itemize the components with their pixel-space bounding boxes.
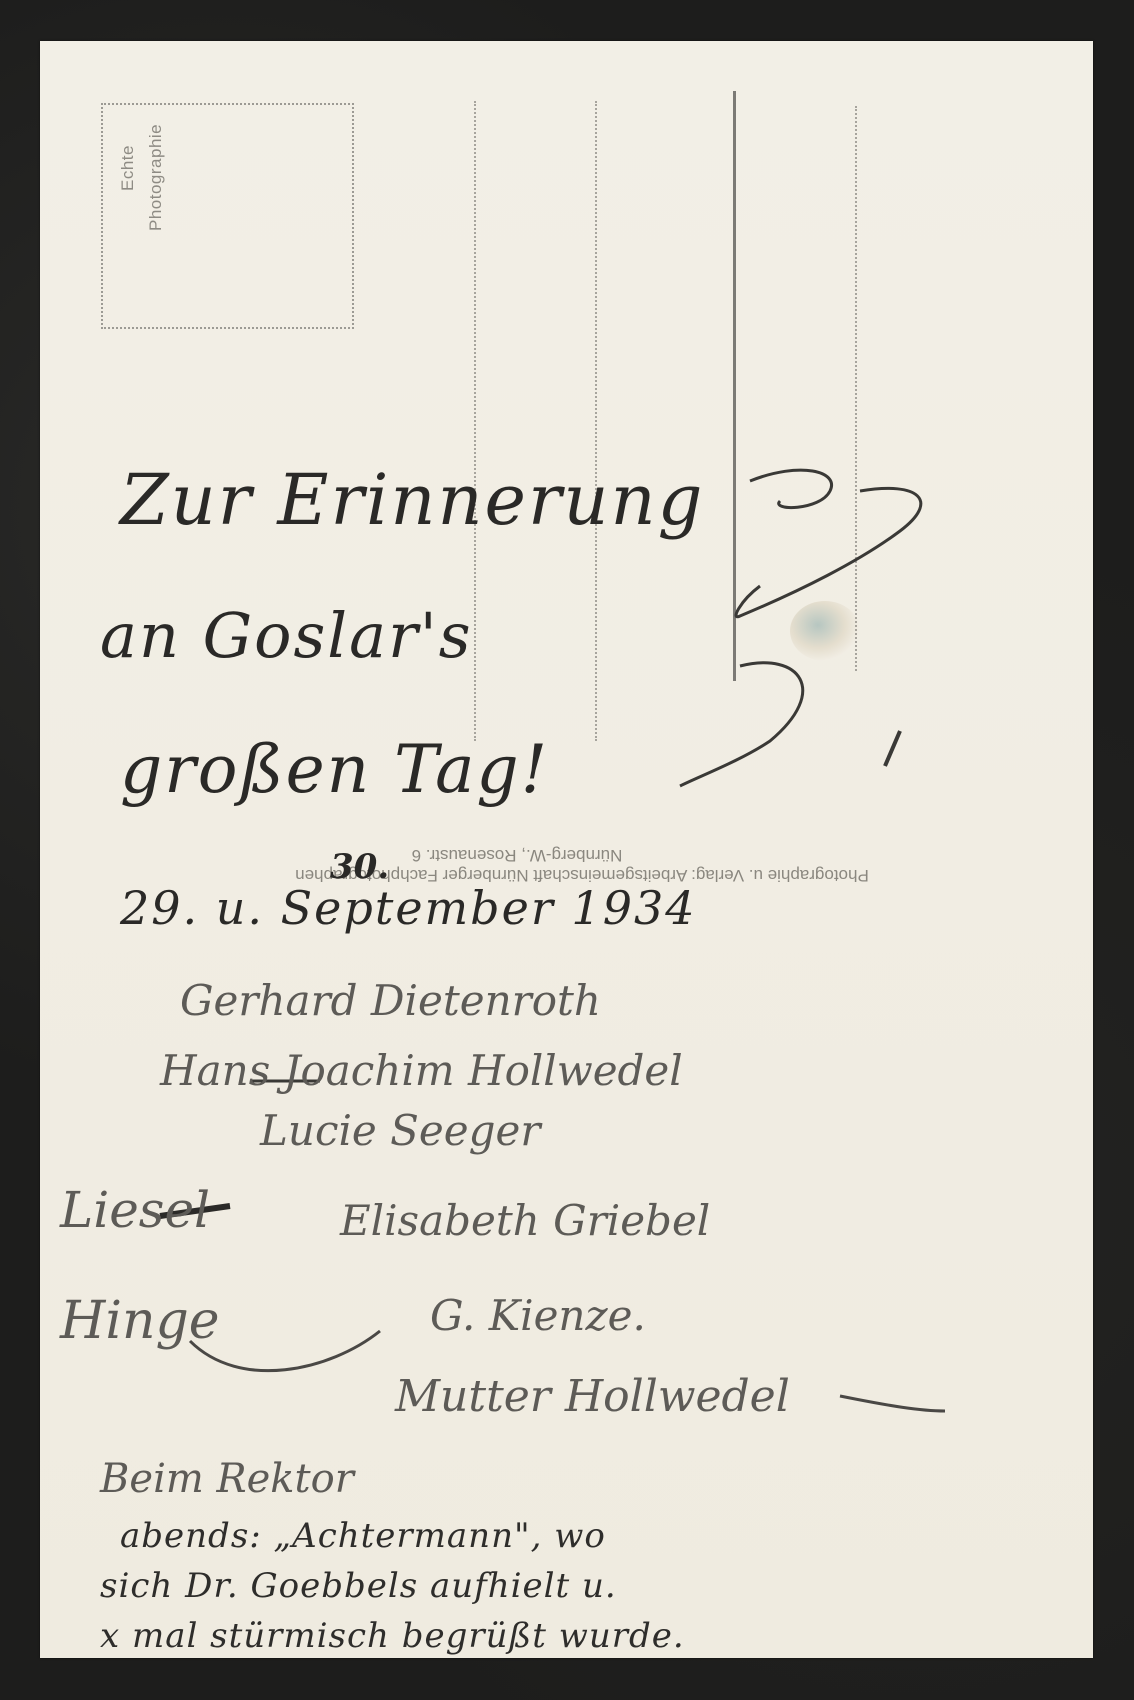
address-line-dotted-3	[855, 106, 857, 671]
publisher-line-2: Nürnberg-W., Rosenaustr. 6	[102, 845, 1062, 865]
signature: Elisabeth Griebel	[340, 1196, 710, 1245]
signature: Mutter Hollwedel	[395, 1371, 790, 1422]
center-divider-line	[733, 91, 736, 681]
address-line-dotted-2	[595, 101, 597, 741]
note-line-3: x mal stürmisch begrüßt wurde.	[100, 1616, 685, 1656]
signature: Hans Joachim Hollwedel	[160, 1046, 683, 1095]
publisher-imprint: Photographie u. Verlag: Arbeitsgemeinsch…	[102, 845, 1062, 885]
signature: Gerhard Dietenroth	[180, 976, 601, 1025]
note-line-1: abends: „Achtermann", wo	[120, 1516, 606, 1556]
stamp-box	[101, 103, 354, 329]
stamp-label-photographie: Photographie	[146, 124, 166, 231]
inscription-date: 29. u. September 1934	[120, 881, 697, 935]
postcard-back: Echte Photographie Photographie u. Verla…	[40, 41, 1093, 1658]
inscription-line-1: Zur Erinnerung	[120, 459, 704, 541]
note-line-2: sich Dr. Goebbels aufhielt u.	[100, 1566, 617, 1606]
stamp-label-echte: Echte	[118, 145, 138, 191]
signature: Beim Rektor	[100, 1456, 354, 1502]
inscription-line-2: an Goslar's	[100, 599, 473, 672]
ink-stain	[790, 601, 860, 661]
signature: G. Kienze.	[430, 1291, 646, 1340]
inscription-line-3: großen Tag!	[120, 731, 549, 808]
signature: Liesel	[60, 1181, 210, 1239]
signature: Lucie Seeger	[260, 1106, 540, 1155]
address-line-dotted-1	[474, 101, 476, 741]
signature: Hinge	[60, 1291, 220, 1351]
